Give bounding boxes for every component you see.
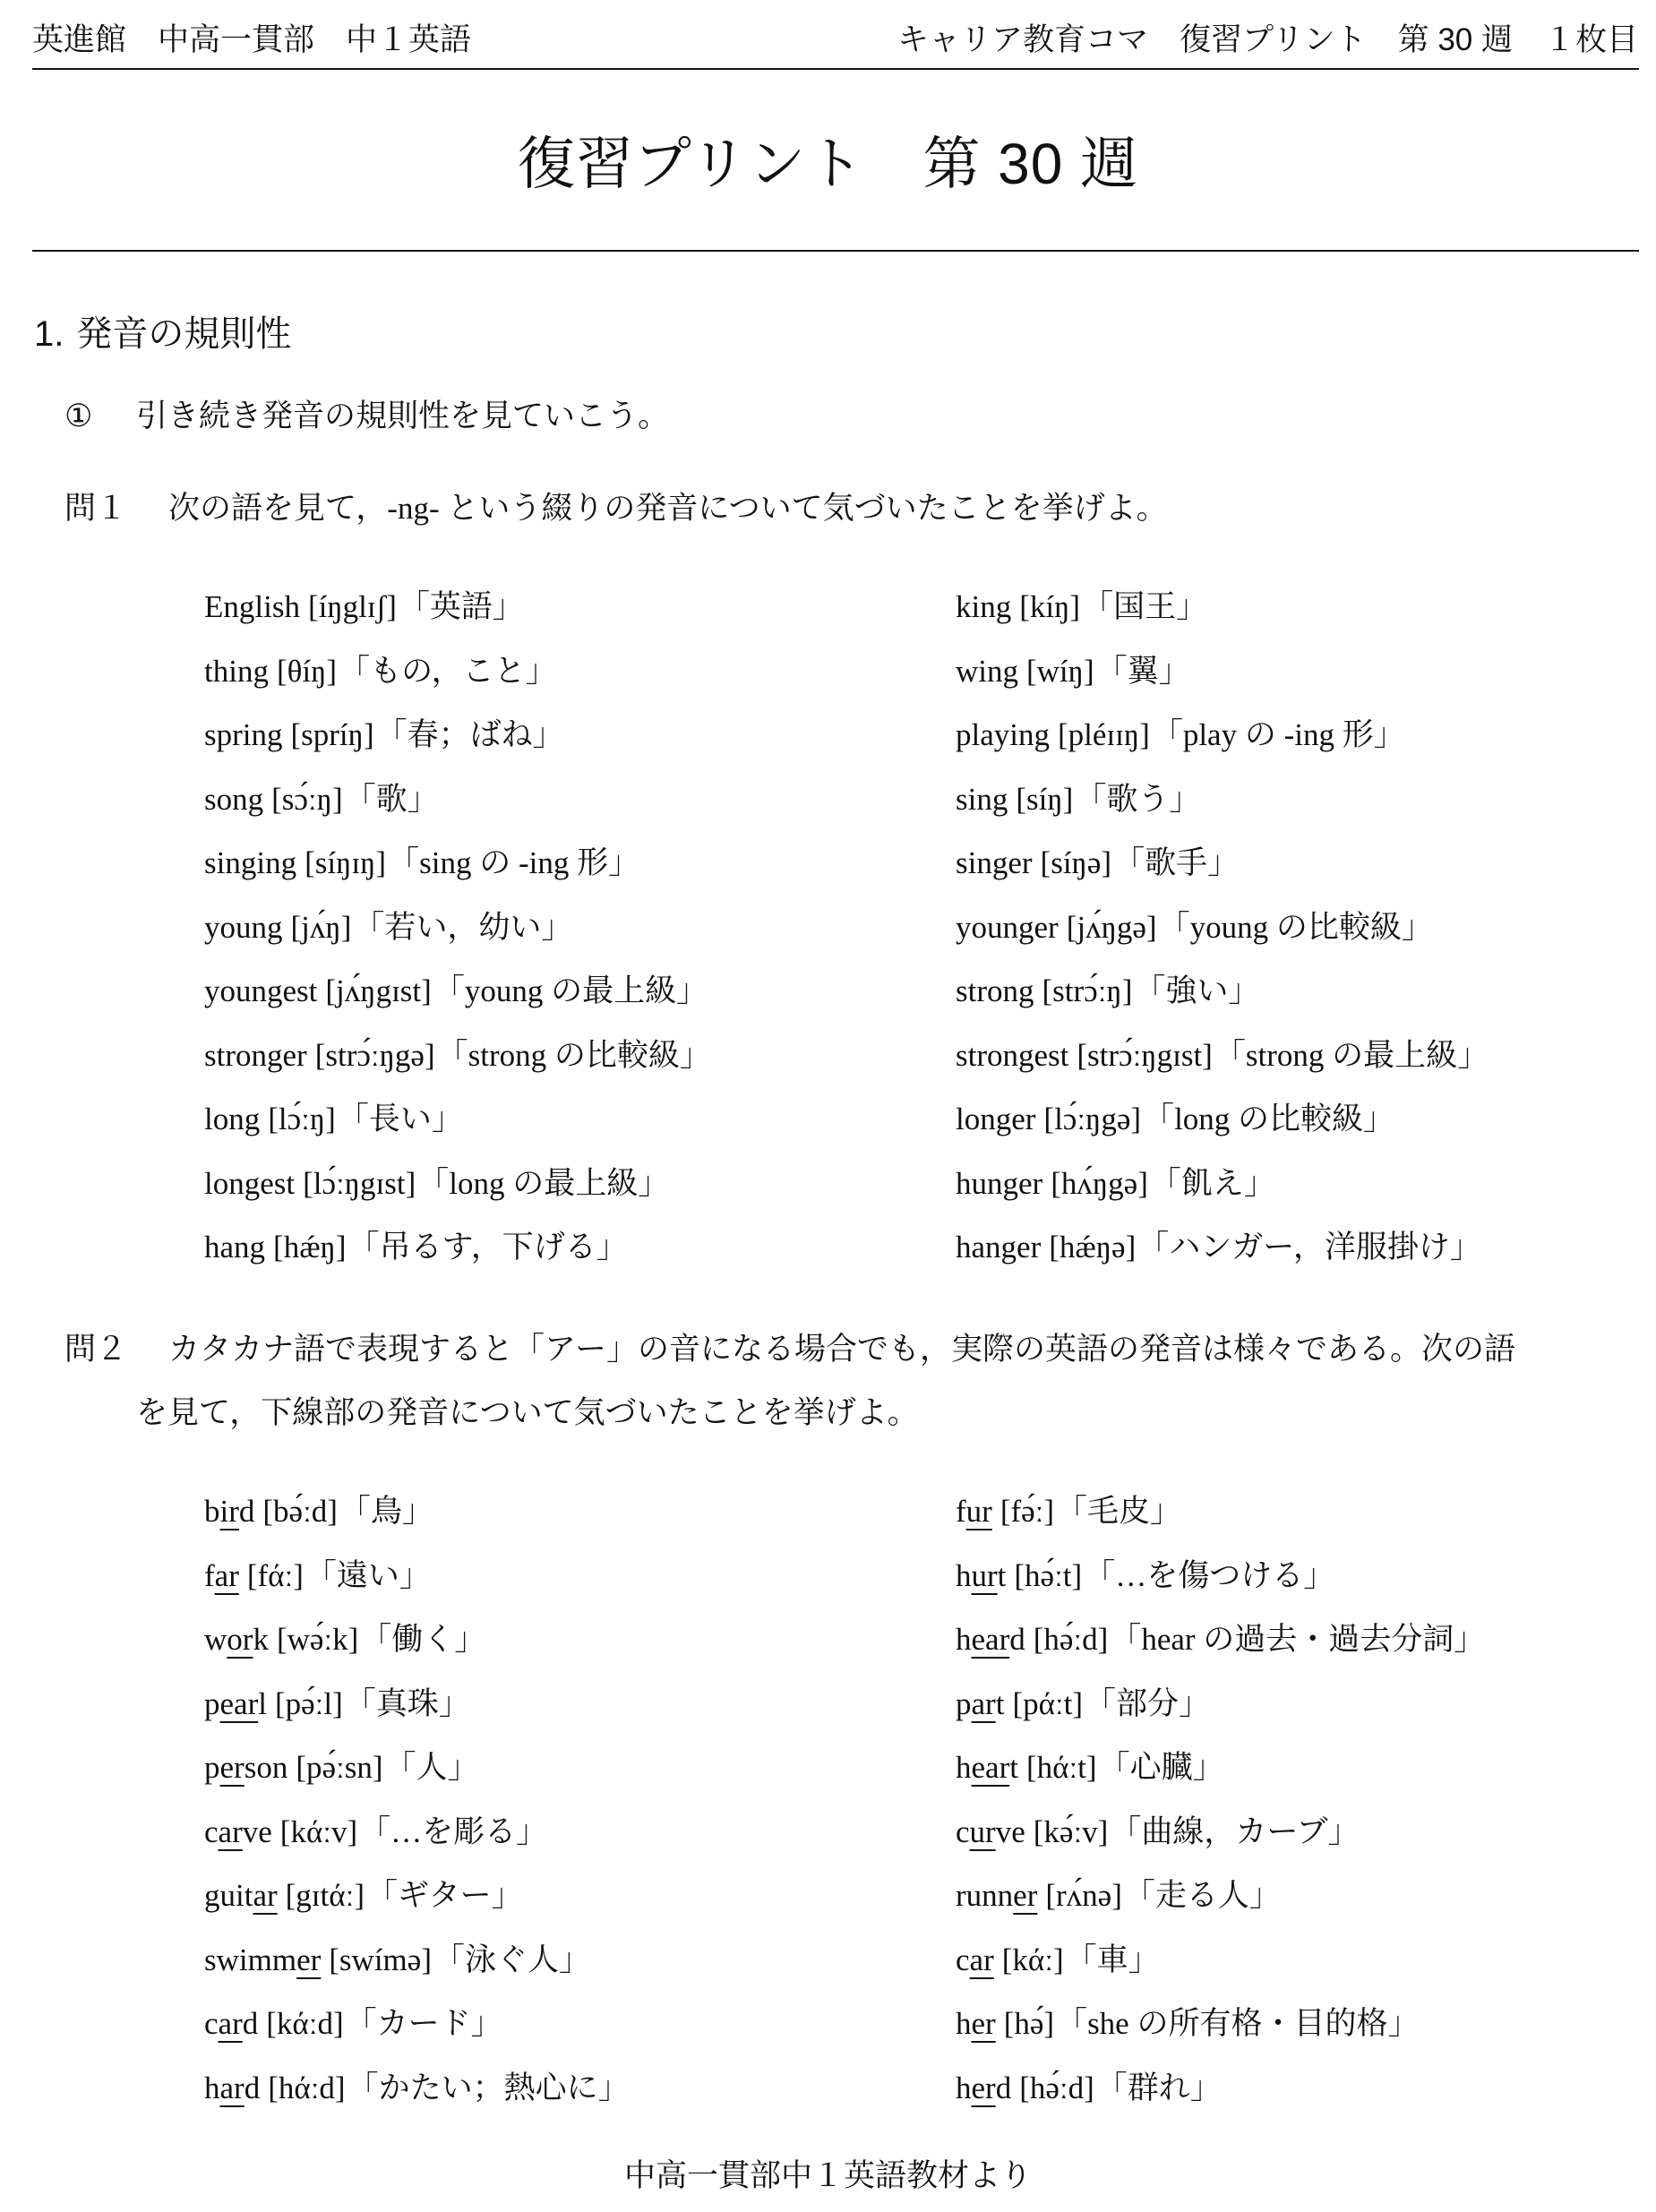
word: swimmer [204, 1942, 321, 1977]
word-part: playing [956, 717, 1050, 752]
pronunciation: [jʌ́ŋgə] [1067, 910, 1157, 945]
word-part: English [204, 589, 300, 624]
word-part: sing [956, 782, 1008, 817]
word-part: young [204, 910, 283, 945]
word-entry: thing[θíŋ]「もの，こと」 [204, 650, 711, 715]
underlined-part: ear [972, 1622, 1010, 1657]
meaning: 「…を傷つける」 [1084, 1558, 1334, 1593]
word-part: long [204, 1102, 260, 1136]
word: longest [204, 1166, 295, 1201]
word-part: king [956, 589, 1011, 624]
meaning: 「long の最上級」 [417, 1166, 669, 1201]
pronunciation: [wíŋ] [1026, 654, 1094, 689]
question-text-line1: カタカナ語で表現すると「アー」の音になる場合でも，実際の英語の発音は様々である。… [168, 1332, 1515, 1367]
word-part: d [245, 2071, 261, 2105]
word-part: w [204, 1622, 227, 1657]
word-part: h [956, 1750, 972, 1785]
pronunciation: [pə́ːl] [275, 1686, 343, 1721]
pronunciation: [bə́ːd] [262, 1494, 338, 1529]
meaning: 「春；ばね」 [376, 717, 564, 752]
word: fur [956, 1494, 992, 1529]
word-entry: hang[hǽŋ]「吊るす，下げる」 [204, 1226, 711, 1290]
meaning: 「ハンガー，洋服掛け」 [1137, 1230, 1481, 1265]
pronunciation: [strɔ́ːŋ] [1043, 973, 1133, 1008]
pronunciation: [hə́ːd] [1034, 1622, 1109, 1657]
word-part: c [956, 1814, 970, 1849]
meaning: 「歌」 [345, 782, 439, 817]
word: car [956, 1942, 994, 1977]
word-entry: stronger[strɔ́ːŋgə]「strong の比較級」 [204, 1034, 711, 1099]
word: thing [204, 654, 269, 689]
word-list-q1-left: English[íŋglɪʃ]「英語」thing[θíŋ]「もの，こと」spri… [204, 586, 711, 1290]
word-entry: long[lɔ́ːŋ]「長い」 [204, 1098, 711, 1162]
word-list-q1-right: king[kíŋ]「国王」wing[wíŋ]「翼」playing[pléɪɪŋ]… [956, 586, 1489, 1290]
pronunciation: [pάːt] [1012, 1686, 1083, 1721]
word-part: h [956, 2006, 972, 2041]
word: guitar [204, 1878, 278, 1913]
word-part: f [956, 1494, 966, 1529]
word: pearl [204, 1686, 267, 1721]
item-marker: ① [64, 395, 136, 438]
word-part: t [996, 1686, 1005, 1721]
question-2-continuation: を見て，下線部の発音について気づいたことを挙げよ。 [136, 1392, 919, 1435]
meaning: 「歌手」 [1113, 845, 1239, 880]
meaning: 「長い」 [338, 1102, 463, 1136]
pronunciation: [lɔ́ːŋgɪst] [303, 1166, 416, 1201]
pronunciation: [hάːd] [268, 2071, 345, 2105]
underlined-part: er [972, 2006, 996, 2041]
pronunciation: [hǽŋə] [1049, 1230, 1136, 1265]
word-part: guit [204, 1878, 253, 1913]
word-entry: person[pə́ːsn]「人」 [204, 1746, 630, 1811]
word-entry: sing[síŋ]「歌う」 [956, 778, 1489, 843]
meaning: 「飢え」 [1150, 1166, 1275, 1201]
word-part: singer [956, 845, 1033, 880]
word-entry: swimmer[swímə]「泳ぐ人」 [204, 1939, 630, 2003]
word: sing [956, 782, 1008, 817]
meaning: 「ギター」 [366, 1878, 523, 1913]
underlined-part: er [972, 2071, 996, 2105]
word-part: d [243, 2006, 259, 2041]
word-entry: runner[rʌ́nə]「走る人」 [956, 1874, 1485, 1939]
word: far [204, 1558, 239, 1593]
question-label: 問１ [64, 487, 168, 530]
word-part: hunger [956, 1166, 1043, 1201]
word-part: runn [956, 1878, 1013, 1913]
word: curve [956, 1814, 1025, 1849]
meaning: 「真珠」 [345, 1686, 470, 1721]
pronunciation: [hə́ːt] [1014, 1558, 1082, 1593]
word-part: p [204, 1750, 220, 1785]
word: wing [956, 654, 1018, 689]
meaning: 「部分」 [1085, 1686, 1210, 1721]
word-part: hang [204, 1230, 265, 1265]
meaning: 「若い，幼い」 [353, 910, 572, 945]
word-entry: song[sɔ́ːŋ]「歌」 [204, 778, 711, 843]
question-text: 次の語を見て，-ng- という綴りの発音について気づいたことを挙げよ。 [168, 491, 1168, 526]
word: bird [204, 1494, 254, 1529]
word-part: d [239, 1494, 255, 1529]
word: heart [956, 1750, 1018, 1785]
word-part: k [253, 1622, 269, 1657]
underlined-part: er [296, 1942, 321, 1977]
word-entry: herd[hə́ːd]「群れ」 [956, 2067, 1485, 2131]
underlined-part: ur [970, 1814, 996, 1849]
word-entry: heart[hάːt]「心臓」 [956, 1746, 1485, 1811]
word-entry: hard[hάːd]「かたい；熱心に」 [204, 2067, 630, 2131]
word-entry: her[hə́]「she の所有格・目的格」 [956, 2002, 1485, 2067]
word-part: youngest [204, 973, 317, 1008]
meaning: 「毛皮」 [1056, 1494, 1181, 1529]
word-part: b [204, 1494, 220, 1529]
underlined-part: er [1013, 1878, 1037, 1913]
underlined-part: ar [970, 1942, 994, 1977]
word-entry: longer[lɔ́ːŋgə]「long の比較級」 [956, 1098, 1489, 1162]
word-part: song [204, 782, 263, 817]
word-entry: pearl[pə́ːl]「真珠」 [204, 1683, 630, 1747]
meaning: 「play の -ing 形」 [1152, 717, 1405, 752]
section-title: 発音の規則性 [76, 314, 291, 354]
word-part: ve [996, 1814, 1025, 1849]
word: English [204, 589, 300, 624]
word: spring [204, 717, 283, 752]
word-entry: carve[kάːv]「…を彫る」 [204, 1811, 630, 1875]
word-entry: king[kíŋ]「国王」 [956, 586, 1489, 650]
footer-source: 中高一貫部中１英語教材より [0, 2155, 1656, 2198]
pronunciation: [jʌ́ŋgɪst] [325, 973, 431, 1008]
word: heard [956, 1622, 1025, 1657]
word: strong [956, 973, 1034, 1008]
meaning: 「泳ぐ人」 [433, 1942, 590, 1977]
underlined-part: or [227, 1622, 253, 1657]
underlined-part: ar [972, 1686, 996, 1721]
meaning: 「英語」 [399, 589, 524, 624]
word: carve [204, 1814, 272, 1849]
pronunciation: [rʌ́nə] [1045, 1878, 1122, 1913]
pronunciation: [kə́ːv] [1034, 1814, 1109, 1849]
word: person [204, 1750, 287, 1785]
word: younger [956, 910, 1059, 945]
word-part: c [204, 2006, 219, 2041]
word-part: d [996, 2071, 1012, 2105]
word: stronger [204, 1038, 307, 1073]
pronunciation: [kάːd] [266, 2006, 343, 2041]
word-entry: singer[síŋə]「歌手」 [956, 842, 1489, 906]
meaning: 「心臓」 [1099, 1750, 1224, 1785]
word-entry: heard[hə́ːd]「hear の過去・過去分詞」 [956, 1618, 1485, 1683]
word: playing [956, 717, 1050, 752]
meaning: 「歌う」 [1075, 782, 1200, 817]
header-right: キャリア教育コマ 復習プリント 第 30 週 １枚目 [897, 18, 1638, 63]
meaning: 「車」 [1066, 1942, 1160, 1977]
meaning: 「強い」 [1134, 973, 1259, 1008]
word-part: singing [204, 845, 296, 880]
question-2: 問２カタカナ語で表現すると「アー」の音になる場合でも，実際の英語の発音は様々であ… [64, 1328, 1515, 1371]
meaning: 「群れ」 [1096, 2071, 1222, 2105]
question-1: 問１次の語を見て，-ng- という綴りの発音について気づいたことを挙げよ。 [64, 487, 1168, 530]
word-entry: bird[bə́ːd]「鳥」 [204, 1490, 630, 1555]
word: her [956, 2006, 996, 2041]
word: work [204, 1622, 269, 1657]
meaning: 「strong の比較級」 [437, 1038, 711, 1073]
word: long [204, 1102, 260, 1136]
word: hard [204, 2071, 260, 2105]
page-title: 復習プリント 第 30 週 [0, 125, 1656, 202]
word-entry: strongest[strɔ́ːŋgɪst]「strong の最上級」 [956, 1034, 1489, 1099]
word: song [204, 782, 263, 817]
word: youngest [204, 973, 317, 1008]
pronunciation: [sɔ́ːŋ] [271, 782, 343, 817]
word-entry: part[pάːt]「部分」 [956, 1683, 1485, 1747]
word: card [204, 2006, 258, 2041]
word: hurt [956, 1558, 1006, 1593]
underlined-part: ar [253, 1878, 277, 1913]
word: singing [204, 845, 296, 880]
pronunciation: [gɪtάː] [286, 1878, 365, 1913]
word-part: longest [204, 1166, 295, 1201]
word-part: p [204, 1686, 220, 1721]
word-entry: English[íŋglɪʃ]「英語」 [204, 586, 711, 650]
pronunciation: [hə́] [1004, 2006, 1054, 2041]
word-part: h [956, 2071, 972, 2105]
word-part: c [204, 1814, 219, 1849]
pronunciation: [síŋ] [1016, 782, 1073, 817]
word-part: swimm [204, 1942, 296, 1977]
meaning: 「young の比較級」 [1159, 910, 1433, 945]
word: hanger [956, 1230, 1041, 1265]
word-part: spring [204, 717, 283, 752]
word-part: ve [243, 1814, 272, 1849]
word-entry: fur[fə́ː]「毛皮」 [956, 1490, 1485, 1555]
word-part: strongest [956, 1038, 1068, 1073]
word-entry: youngest[jʌ́ŋgɪst]「young の最上級」 [204, 970, 711, 1034]
word: strongest [956, 1038, 1068, 1073]
meaning: 「もの，こと」 [339, 654, 557, 689]
word-entry: playing[pléɪɪŋ]「play の -ing 形」 [956, 714, 1489, 778]
meaning: 「遠い」 [305, 1558, 431, 1593]
header-rule [32, 68, 1639, 70]
word-list-q2-left: bird[bə́ːd]「鳥」far[fάː]「遠い」work[wə́ːk]「働く… [204, 1490, 630, 2131]
word: king [956, 589, 1011, 624]
word-entry: longest[lɔ́ːŋgɪst]「long の最上級」 [204, 1162, 711, 1227]
meaning: 「鳥」 [339, 1494, 433, 1529]
underlined-part: ur [972, 1558, 998, 1593]
pronunciation: [pə́ːsn] [296, 1750, 382, 1785]
word-entry: spring[spríŋ]「春；ばね」 [204, 714, 711, 778]
word-part: younger [956, 910, 1059, 945]
word-entry: car[kάː]「車」 [956, 1939, 1485, 2003]
meaning: 「カード」 [346, 2006, 502, 2041]
word-entry: younger[jʌ́ŋgə]「young の比較級」 [956, 906, 1489, 971]
pronunciation: [θíŋ] [277, 654, 337, 689]
pronunciation: [lɔ́ːŋgə] [1043, 1102, 1141, 1136]
word-part: longer [956, 1102, 1035, 1136]
word-entry: young[jʌ́ŋ]「若い，幼い」 [204, 906, 711, 971]
meaning: 「走る人」 [1124, 1878, 1281, 1913]
item-text: 引き続き発音の規則性を見ていこう。 [136, 399, 669, 433]
underlined-part: ar [215, 1558, 239, 1593]
question-label: 問２ [64, 1328, 168, 1371]
word-entry: hanger[hǽŋə]「ハンガー，洋服掛け」 [956, 1226, 1489, 1290]
underlined-part: ar [219, 2006, 243, 2041]
meaning: 「young の最上級」 [433, 973, 708, 1008]
word: hang [204, 1230, 265, 1265]
word-part: t [1009, 1750, 1018, 1785]
word-part: thing [204, 654, 269, 689]
pronunciation: [síŋə] [1041, 845, 1112, 880]
pronunciation: [íŋglɪʃ] [308, 589, 397, 624]
word-part: h [956, 1622, 972, 1657]
word-entry: wing[wíŋ]「翼」 [956, 650, 1489, 715]
pronunciation: [hάːt] [1026, 1750, 1097, 1785]
meaning: 「かたい；熱心に」 [348, 2071, 630, 2105]
meaning: 「she の所有格・目的格」 [1056, 2006, 1419, 2041]
word: runner [956, 1878, 1037, 1913]
item-1: ①引き続き発音の規則性を見ていこう。 [64, 395, 669, 438]
word-entry: work[wə́ːk]「働く」 [204, 1618, 630, 1683]
pronunciation: [hǽŋ] [273, 1230, 346, 1265]
pronunciation: [jʌ́ŋ] [291, 910, 352, 945]
pronunciation: [wə́ːk] [277, 1622, 358, 1657]
title-rule [32, 250, 1639, 252]
pronunciation: [hʌ́ŋgə] [1051, 1166, 1148, 1201]
underlined-part: er [220, 1750, 245, 1785]
word-entry: hurt[hə́ːt]「…を傷つける」 [956, 1555, 1485, 1619]
word-entry: hunger[hʌ́ŋgə]「飢え」 [956, 1162, 1489, 1227]
header-left: 英進館 中高一貫部 中１英語 [32, 18, 471, 63]
underlined-part: ar [219, 1814, 243, 1849]
meaning: 「翼」 [1096, 654, 1190, 689]
underlined-part: ear [972, 1750, 1010, 1785]
word: part [956, 1686, 1004, 1721]
meaning: 「働く」 [360, 1622, 485, 1657]
word: herd [956, 2071, 1011, 2105]
pronunciation: [kάːv] [280, 1814, 357, 1849]
section-number: 1. [34, 314, 64, 354]
underlined-part: ir [220, 1494, 239, 1529]
meaning: 「…を彫る」 [359, 1814, 547, 1849]
pronunciation: [kάː] [1002, 1942, 1064, 1977]
pronunciation: [pléɪɪŋ] [1058, 717, 1150, 752]
meaning: 「strong の最上級」 [1214, 1038, 1489, 1073]
word: singer [956, 845, 1033, 880]
underlined-part: ar [220, 2071, 245, 2105]
word-part: stronger [204, 1038, 307, 1073]
word-part: h [956, 1558, 972, 1593]
pronunciation: [spríŋ] [291, 717, 374, 752]
word-part: wing [956, 654, 1018, 689]
pronunciation: [strɔ́ːŋgə] [315, 1038, 435, 1073]
word: young [204, 910, 283, 945]
pronunciation: [lɔ́ːŋ] [268, 1102, 336, 1136]
word-entry: strong[strɔ́ːŋ]「強い」 [956, 970, 1489, 1034]
meaning: 「吊るす，下げる」 [348, 1230, 628, 1265]
pronunciation: [kíŋ] [1019, 589, 1080, 624]
word-entry: guitar[gɪtάː]「ギター」 [204, 1874, 630, 1939]
meaning: 「曲線，カーブ」 [1110, 1814, 1359, 1849]
pronunciation: [síŋɪŋ] [305, 845, 386, 880]
pronunciation: [swímə] [329, 1942, 432, 1977]
word-entry: card[kάːd]「カード」 [204, 2002, 630, 2067]
pronunciation: [hə́ːd] [1019, 2071, 1094, 2105]
underlined-part: ear [220, 1686, 259, 1721]
word-part: c [956, 1942, 970, 1977]
word-entry: curve[kə́ːv]「曲線，カーブ」 [956, 1811, 1485, 1875]
word-part: d [1009, 1622, 1025, 1657]
word-part: t [998, 1558, 1007, 1593]
word-part: p [956, 1686, 972, 1721]
meaning: 「国王」 [1082, 589, 1207, 624]
pronunciation: [fə́ː] [1000, 1494, 1054, 1529]
word-part: l [258, 1686, 267, 1721]
meaning: 「人」 [385, 1750, 479, 1785]
meaning: 「hear の過去・過去分詞」 [1110, 1622, 1485, 1657]
word: hunger [956, 1166, 1043, 1201]
section-heading: 1.発音の規則性 [34, 310, 291, 358]
underlined-part: ur [966, 1494, 992, 1529]
word-list-q2-right: fur[fə́ː]「毛皮」hurt[hə́ːt]「…を傷つける」heard[hə… [956, 1490, 1485, 2131]
word-entry: far[fάː]「遠い」 [204, 1555, 630, 1619]
meaning: 「sing の -ing 形」 [388, 845, 639, 880]
pronunciation: [strɔ́ːŋgɪst] [1077, 1038, 1212, 1073]
word-part: son [245, 1750, 288, 1785]
word-part: h [204, 2071, 220, 2105]
word-part: strong [956, 973, 1034, 1008]
word-part: hanger [956, 1230, 1041, 1265]
word: longer [956, 1102, 1035, 1136]
pronunciation: [fάː] [247, 1558, 304, 1593]
meaning: 「long の比較級」 [1143, 1102, 1394, 1136]
word-entry: singing[síŋɪŋ]「sing の -ing 形」 [204, 842, 711, 906]
word-part: f [204, 1558, 215, 1593]
